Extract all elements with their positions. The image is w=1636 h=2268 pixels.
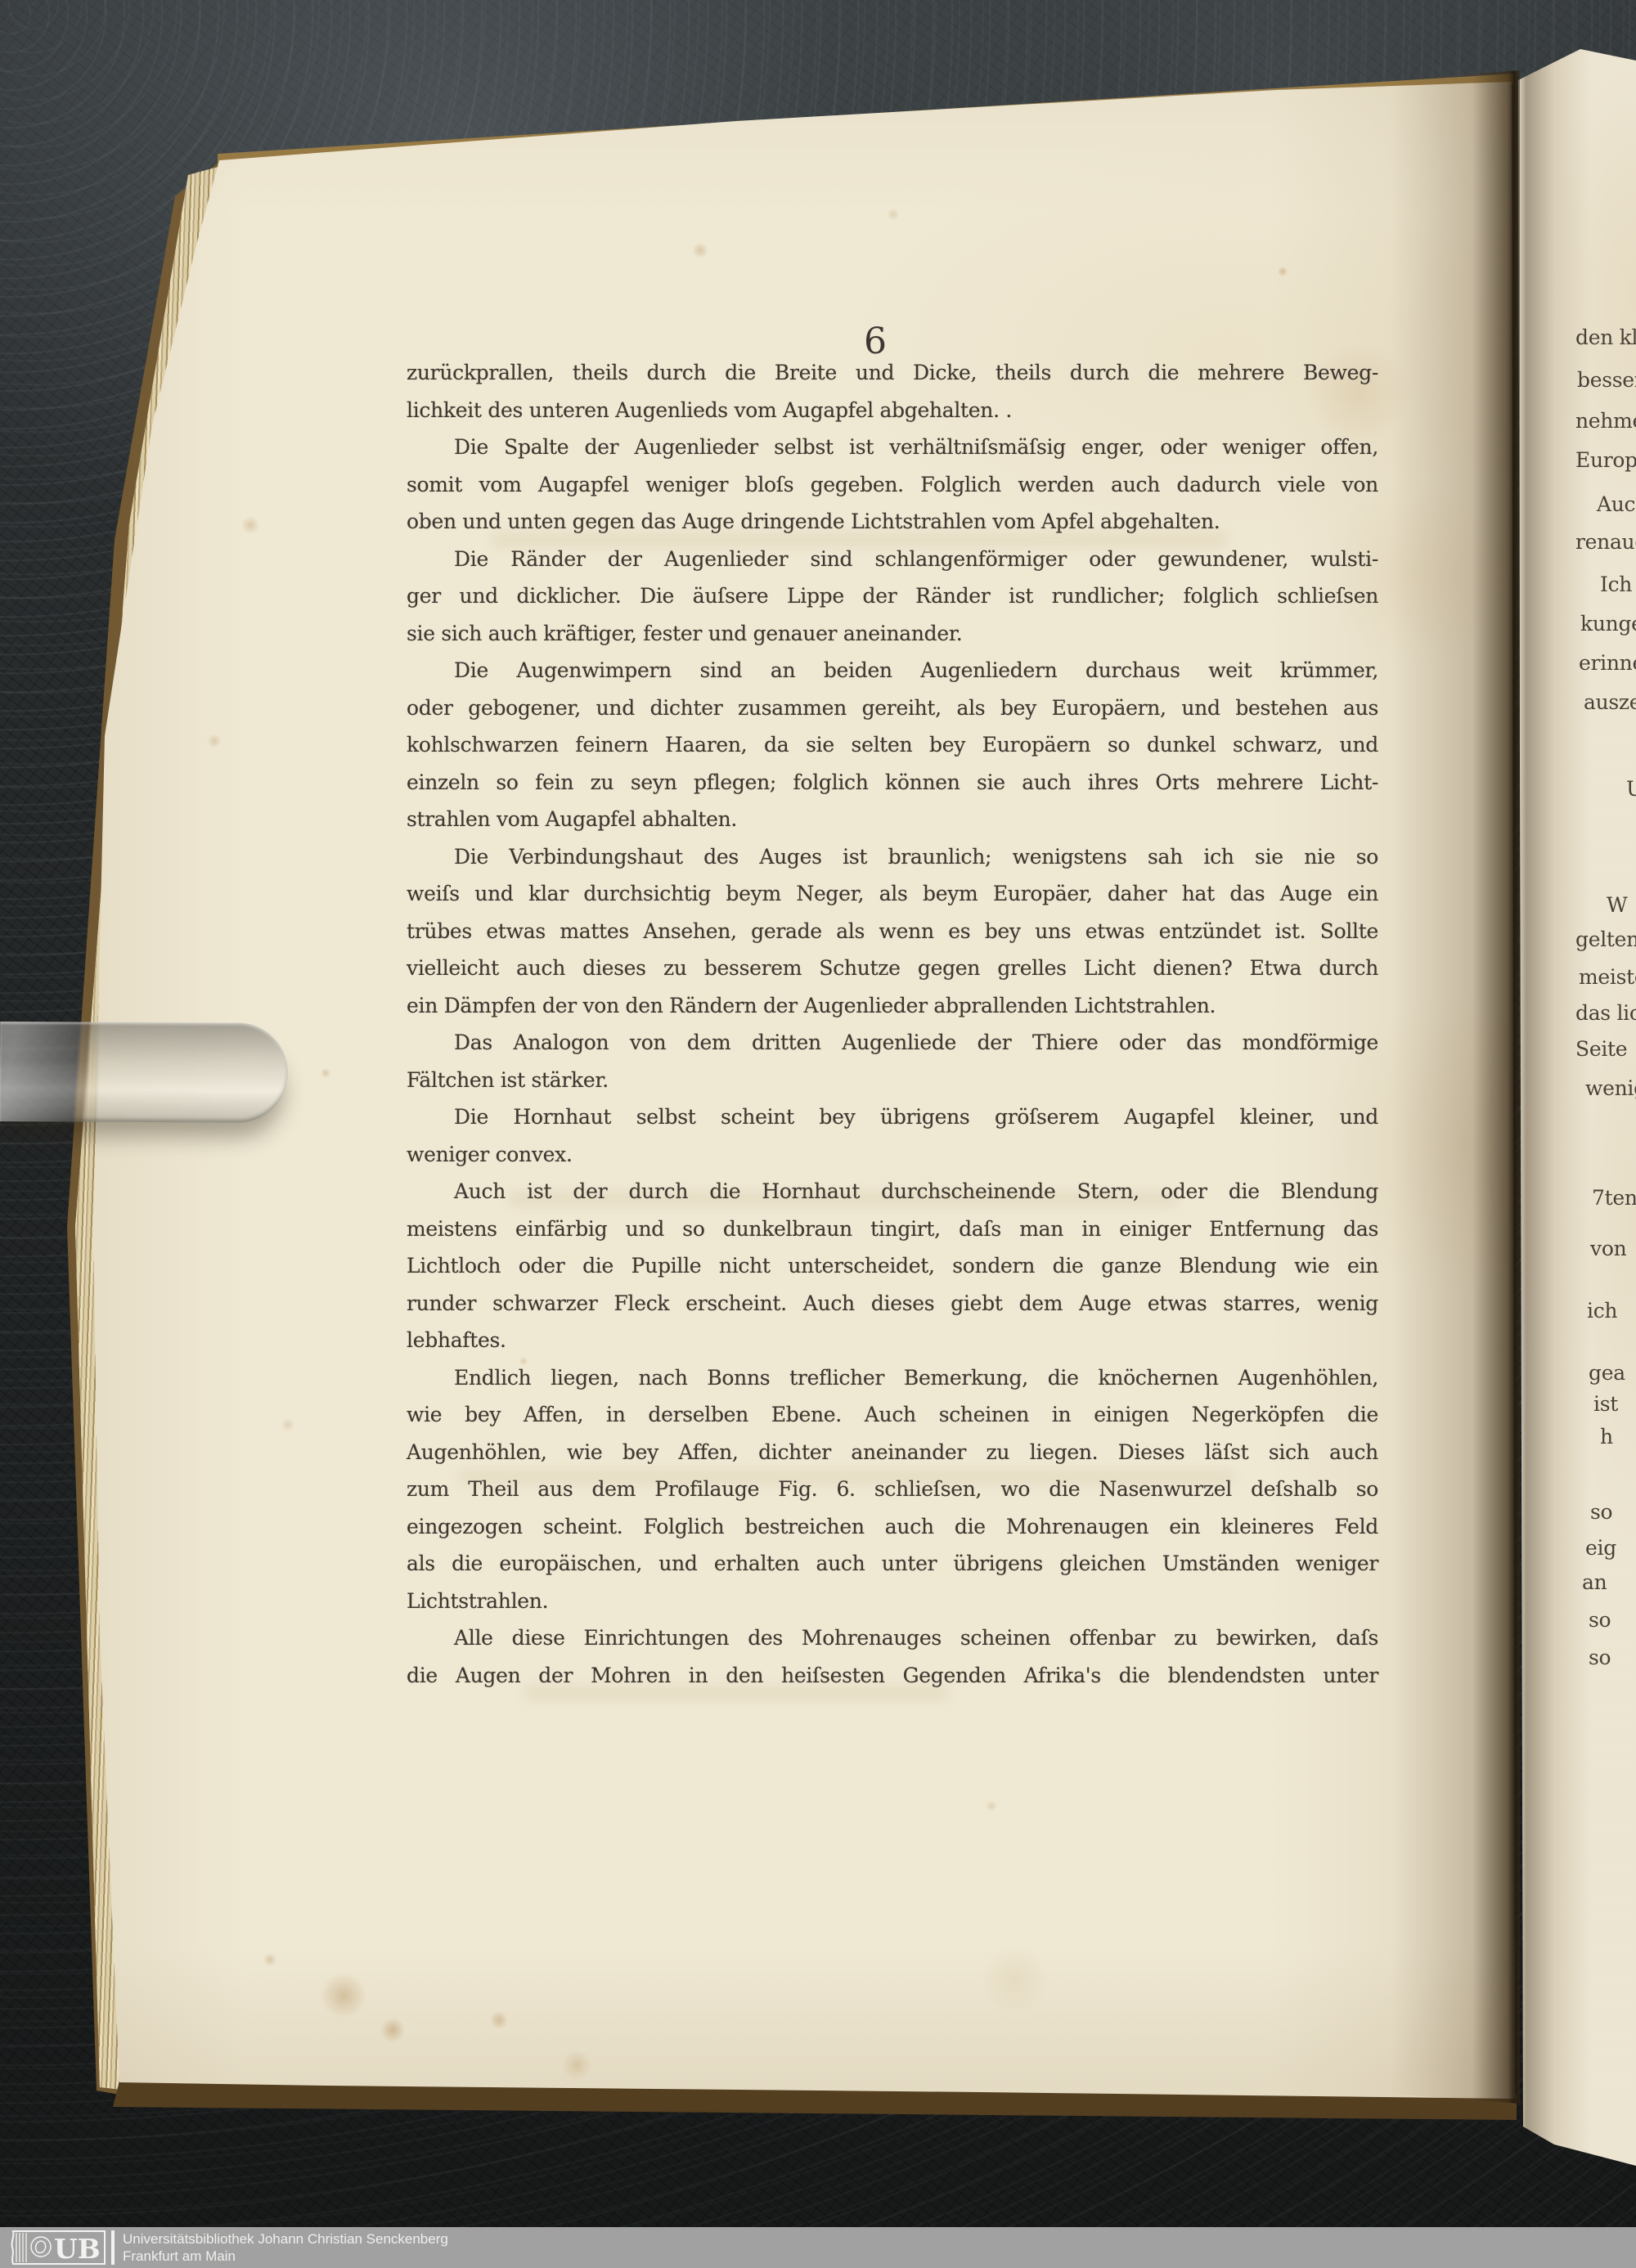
- text-line: Augenhöhlen, wie bey Affen, dichter anei…: [407, 1434, 1378, 1471]
- opposite-page-text-fragment: h: [1600, 1425, 1613, 1448]
- text-line: weiſs und klar durchsichtig beym Neger, …: [407, 875, 1378, 913]
- text-line: Das Analogon von dem dritten Augenliede …: [407, 1024, 1378, 1062]
- text-line: zum Theil aus dem Profilauge Fig. 6. sch…: [407, 1471, 1378, 1508]
- opposite-page-text-fragment: renaugen: [1575, 530, 1636, 554]
- library-footer-bar: UB Universitätsbibliothek Johann Christi…: [0, 2227, 1636, 2268]
- text-line: Die Spalte der Augenlieder selbst ist ve…: [407, 429, 1378, 466]
- text-line: runder schwarzer Fleck erscheint. Auch d…: [407, 1285, 1378, 1323]
- text-line: ger und dicklicher. Die äuſsere Lippe de…: [407, 577, 1378, 615]
- text-line: weniger convex.: [407, 1136, 1378, 1174]
- text-line: lebhaftes.: [407, 1322, 1378, 1359]
- opposite-page-text-fragment: Auch: [1597, 492, 1636, 516]
- text-line: strahlen vom Augapfel abhalten.: [407, 801, 1378, 838]
- opposite-page-text-fragment: Ich: [1600, 573, 1632, 596]
- text-line: Auch ist der durch die Hornhaut durchsch…: [407, 1173, 1378, 1210]
- text-line: Fältchen ist stärker.: [407, 1062, 1378, 1099]
- page-text-block: zurückprallen, theils durch die Breite u…: [407, 354, 1378, 1694]
- text-line: kohlschwarzen feinern Haaren, da sie sel…: [407, 726, 1378, 764]
- opposite-page-text-fragment: so: [1589, 1646, 1611, 1669]
- opposite-page-text-fragment: meiste: [1579, 965, 1636, 989]
- opposite-page-text-fragment: an: [1582, 1570, 1607, 1594]
- opposite-page-text-fragment: Seite: [1575, 1037, 1627, 1061]
- text-line: Alle diese Einrichtungen des Mohrenauges…: [407, 1619, 1378, 1657]
- text-line: lichkeit des unteren Augenlieds vom Auga…: [407, 392, 1378, 429]
- text-line: vielleicht auch dieses zu besserem Schut…: [407, 950, 1378, 987]
- text-line: Lichtloch oder die Pupille nicht untersc…: [407, 1247, 1378, 1285]
- text-line: Endlich liegen, nach Bonns treflicher Be…: [407, 1359, 1378, 1397]
- opposite-page-text-fragment: ich: [1587, 1299, 1617, 1323]
- text-line: oben und unten gegen das Auge dringende …: [407, 503, 1378, 541]
- text-line: oder gebogener, und dichter zusammen ger…: [407, 689, 1378, 727]
- logo-divider: [111, 2230, 115, 2265]
- text-line: Die Ränder der Augenlieder sind schlange…: [407, 541, 1378, 578]
- text-line: wie bey Affen, in derselben Ebene. Auch …: [407, 1396, 1378, 1434]
- opposite-page-text-fragment: 7ten: [1592, 1186, 1636, 1210]
- opposite-page-text-fragment: auszeic: [1584, 690, 1636, 714]
- text-line: die Augen der Mohren in den heiſsesten G…: [407, 1657, 1378, 1695]
- opposite-page-text-fragment: von: [1590, 1237, 1626, 1260]
- opposite-page-text-fragment: Europäis: [1575, 448, 1636, 472]
- text-line: meistens einfärbig und so dunkelbraun ti…: [407, 1210, 1378, 1248]
- ub-logo-acronym: UB: [54, 2233, 101, 2265]
- scanned-book-photograph: den kleinsbesser vernehmen,EuropäisAuchr…: [0, 0, 1636, 2268]
- page-holder-clip: [0, 1022, 288, 1123]
- opposite-page-text-fragment: ist: [1593, 1392, 1618, 1416]
- opposite-page-text-fragment: besser ver: [1577, 368, 1636, 392]
- text-line: eingezogen scheint. Folglich bestreichen…: [407, 1508, 1378, 1546]
- text-line: Lichtstrahlen.: [407, 1583, 1378, 1620]
- text-line: einzeln so fein zu seyn pflegen; folglic…: [407, 764, 1378, 802]
- text-line: Die Augenwimpern sind an beiden Augenlie…: [407, 652, 1378, 689]
- library-location: Frankfurt am Main: [123, 2248, 448, 2265]
- text-line: trübes etwas mattes Ansehen, gerade als …: [407, 913, 1378, 950]
- opposite-page-text-fragment: erinner: [1579, 651, 1636, 675]
- opposite-page-text-fragment: eig: [1585, 1536, 1616, 1560]
- opposite-page-text-fragment: W: [1607, 893, 1627, 917]
- library-name: Universitätsbibliothek Johann Christian …: [123, 2230, 448, 2248]
- ub-library-logo: UB: [5, 2229, 108, 2266]
- opposite-page-text-fragment: nehmen,: [1575, 409, 1636, 433]
- text-line: als die europäischen, und erhalten auch …: [407, 1545, 1378, 1583]
- text-line: ein Dämpfen der von den Rändern der Auge…: [407, 987, 1378, 1025]
- text-line: zurückprallen, theils durch die Breite u…: [407, 354, 1378, 392]
- text-line: sie sich auch kräftiger, fester und gena…: [407, 615, 1378, 653]
- text-line: Die Verbindungshaut des Auges ist braunl…: [407, 838, 1378, 876]
- opposite-page-text-fragment: so: [1590, 1500, 1612, 1524]
- opposite-page-text-fragment: das lic: [1575, 1001, 1636, 1025]
- opposite-page-text-fragment: U: [1626, 777, 1636, 801]
- text-line: Die Hornhaut selbst scheint bey übrigens…: [407, 1098, 1378, 1136]
- opposite-page-text-fragment: wenig: [1585, 1076, 1636, 1100]
- opposite-page-text-fragment: so: [1589, 1608, 1611, 1632]
- portrait-icon: [31, 2237, 51, 2257]
- opposite-page-text-fragment: gea: [1589, 1361, 1625, 1385]
- opposite-page-text-fragment: gelten: [1575, 927, 1636, 951]
- text-line: somit vom Augapfel weniger bloſs gegeben…: [407, 466, 1378, 504]
- opposite-page-text-fragment: den kleins: [1575, 326, 1636, 349]
- opposite-page-text-fragment: kungen: [1580, 612, 1636, 635]
